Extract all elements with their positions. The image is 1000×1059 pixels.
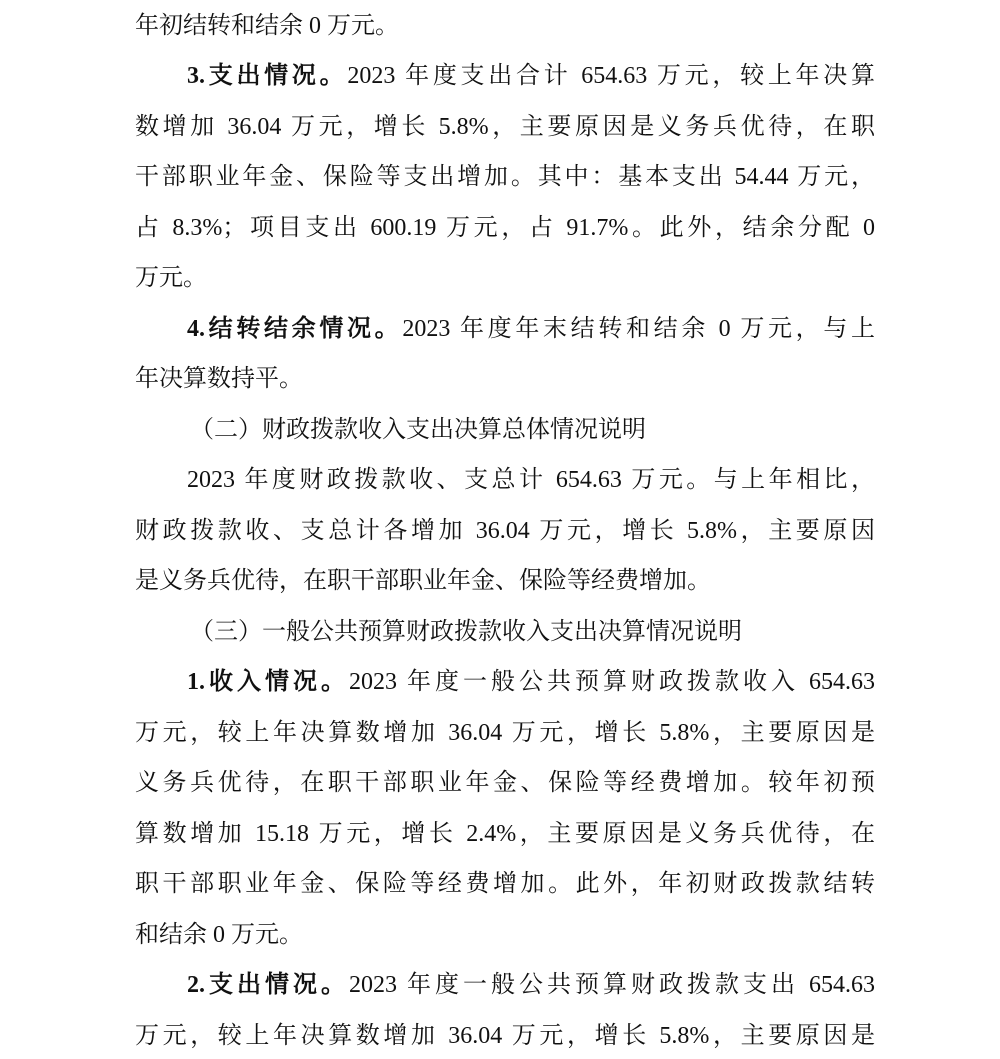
line-text: 2023 年度支出合计 654.63 万元，较上年决算: [347, 63, 875, 89]
section-heading-expenditure: 3.支出情况。2023 年度支出合计 654.63 万元，较上年决算: [187, 58, 875, 94]
subheading-label: 1.收入情况。: [187, 669, 349, 695]
section-heading-3: （三）一般公共预算财政拨款收入支出决算情况说明: [190, 614, 890, 650]
paragraph-line: 数增加 36.04 万元，增长 5.8%，主要原因是义务兵优待，在职: [135, 109, 875, 145]
heading-text: （二）财政拨款收入支出决算总体情况说明: [190, 417, 646, 443]
line-text: 2023 年度一般公共预算财政拨款支出 654.63: [349, 972, 875, 998]
line-text: 年初结转和结余 0 万元。: [135, 13, 399, 39]
subheading-label: 3.支出情况。: [187, 63, 347, 89]
paragraph-line: 2023 年度财政拨款收、支总计 654.63 万元。与上年相比，: [187, 462, 875, 498]
section-heading-carryover: 4.结转结余情况。2023 年度年末结转和结余 0 万元，与上: [187, 311, 875, 347]
subheading-label: 4.结转结余情况。: [187, 316, 402, 342]
paragraph-line: 职干部职业年金、保险等经费增加。此外，年初财政拨款结转: [135, 866, 875, 902]
section-heading-gp-expenditure: 2.支出情况。2023 年度一般公共预算财政拨款支出 654.63: [187, 967, 875, 1003]
line-text: 年决算数持平。: [135, 366, 303, 392]
paragraph-line: 占 8.3%；项目支出 600.19 万元，占 91.7%。此外，结余分配 0: [135, 210, 875, 246]
line-text: 占 8.3%；项目支出 600.19 万元，占 91.7%。此外，结余分配 0: [135, 215, 875, 241]
paragraph-line: 万元，较上年决算数增加 36.04 万元，增长 5.8%，主要原因是: [135, 715, 875, 751]
heading-text: （三）一般公共预算财政拨款收入支出决算情况说明: [190, 619, 742, 645]
line-text: 财政拨款收、支总计各增加 36.04 万元，增长 5.8%，主要原因: [135, 518, 875, 544]
line-text: 万元，较上年决算数增加 36.04 万元，增长 5.8%，主要原因是: [135, 720, 875, 746]
line-text: 2023 年度财政拨款收、支总计 654.63 万元。与上年相比，: [187, 467, 875, 493]
paragraph-line: 和结余 0 万元。: [135, 917, 875, 953]
paragraph-line: 万元。: [135, 260, 875, 296]
line-text: 算数增加 15.18 万元，增长 2.4%，主要原因是义务兵优待，在: [135, 821, 875, 847]
line-text: 万元，较上年决算数增加 36.04 万元，增长 5.8%，主要原因是: [135, 1023, 875, 1049]
paragraph-line: 义务兵优待，在职干部职业年金、保险等经费增加。较年初预: [135, 765, 875, 801]
line-text: 和结余 0 万元。: [135, 922, 303, 948]
section-heading-2: （二）财政拨款收入支出决算总体情况说明: [190, 412, 890, 448]
document-page: 年初结转和结余 0 万元。 3.支出情况。2023 年度支出合计 654.63 …: [0, 0, 1000, 1059]
subheading-label: 2.支出情况。: [187, 972, 349, 998]
paragraph-line: 年初结转和结余 0 万元。: [135, 8, 875, 44]
paragraph-line: 干部职业年金、保险等支出增加。其中：基本支出 54.44 万元，: [135, 159, 875, 195]
paragraph-line: 财政拨款收、支总计各增加 36.04 万元，增长 5.8%，主要原因: [135, 513, 875, 549]
line-text: 万元。: [135, 265, 207, 291]
line-text: 义务兵优待，在职干部职业年金、保险等经费增加。较年初预: [135, 770, 875, 796]
line-text: 数增加 36.04 万元，增长 5.8%，主要原因是义务兵优待，在职: [135, 114, 875, 140]
line-text: 是义务兵优待，在职干部职业年金、保险等经费增加。: [135, 568, 711, 594]
paragraph-line: 是义务兵优待，在职干部职业年金、保险等经费增加。: [135, 563, 875, 599]
paragraph-line: 万元，较上年决算数增加 36.04 万元，增长 5.8%，主要原因是: [135, 1018, 875, 1054]
line-text: 干部职业年金、保险等支出增加。其中：基本支出 54.44 万元，: [135, 164, 875, 190]
line-text: 2023 年度年末结转和结余 0 万元，与上: [402, 316, 875, 342]
paragraph-line: 年决算数持平。: [135, 361, 875, 397]
section-heading-income: 1.收入情况。2023 年度一般公共预算财政拨款收入 654.63: [187, 664, 875, 700]
paragraph-line: 算数增加 15.18 万元，增长 2.4%，主要原因是义务兵优待，在: [135, 816, 875, 852]
line-text: 2023 年度一般公共预算财政拨款收入 654.63: [349, 669, 875, 695]
line-text: 职干部职业年金、保险等经费增加。此外，年初财政拨款结转: [135, 871, 875, 897]
